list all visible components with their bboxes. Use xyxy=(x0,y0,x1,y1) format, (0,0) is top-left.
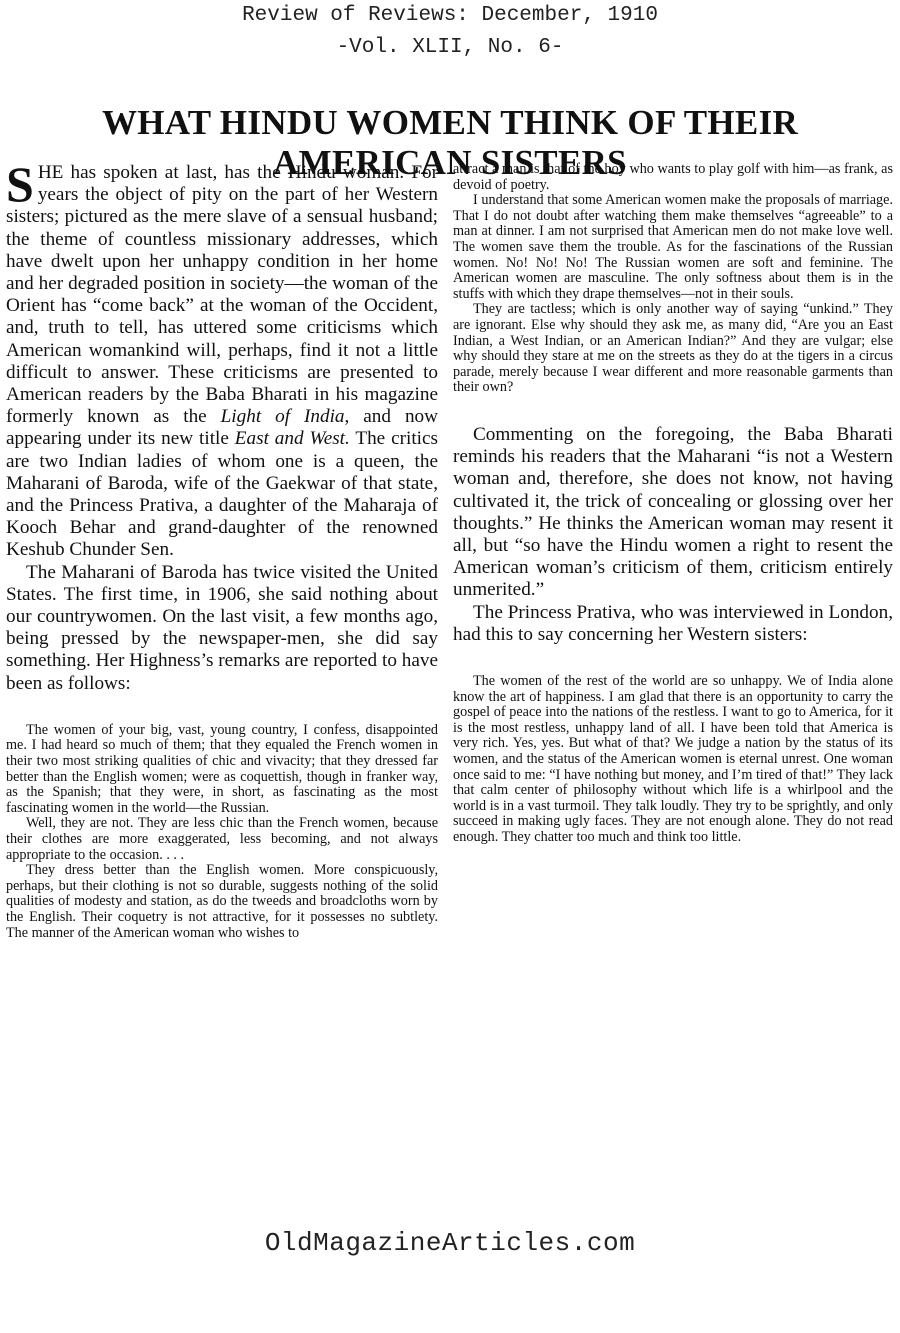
body-paragraph-commentary: Commenting on the foregoing, the Baba Bh… xyxy=(453,424,893,602)
quote-paragraph: They dress better than the English women… xyxy=(6,863,438,941)
quote-paragraph: They are tactless; which is only another… xyxy=(453,302,893,396)
intro-paragraph: SHE has spoken at last, has the Hindu wo… xyxy=(6,162,438,562)
quote-paragraph: Well, they are not. They are less chic t… xyxy=(6,816,438,863)
quote-paragraph: The women of your big, vast, young count… xyxy=(6,723,438,817)
quote-paragraph: I understand that some American women ma… xyxy=(453,193,893,302)
left-column: SHE has spoken at last, has the Hindu wo… xyxy=(6,162,438,941)
drop-cap: S xyxy=(6,164,34,204)
magazine-title-east-and-west: East and West. xyxy=(235,428,350,449)
quote-paragraph: The women of the rest of the world are s… xyxy=(453,674,893,846)
magazine-title-light-of-india: Light of India xyxy=(221,406,345,427)
right-column: attract a man is that of the boy who wan… xyxy=(453,162,893,845)
body-paragraph-maharani-visit: The Maharani of Baroda has twice visited… xyxy=(6,562,438,695)
body-paragraph-princess-intro: The Princess Prativa, who was interviewe… xyxy=(453,602,893,646)
quote-paragraph-continued: attract a man is that of the boy who wan… xyxy=(453,162,893,193)
masthead-volume: -Vol. XLII, No. 6- xyxy=(0,36,900,59)
masthead-publication: Review of Reviews: December, 1910 xyxy=(0,4,900,27)
watermark: OldMagazineArticles.com xyxy=(0,1228,900,1258)
